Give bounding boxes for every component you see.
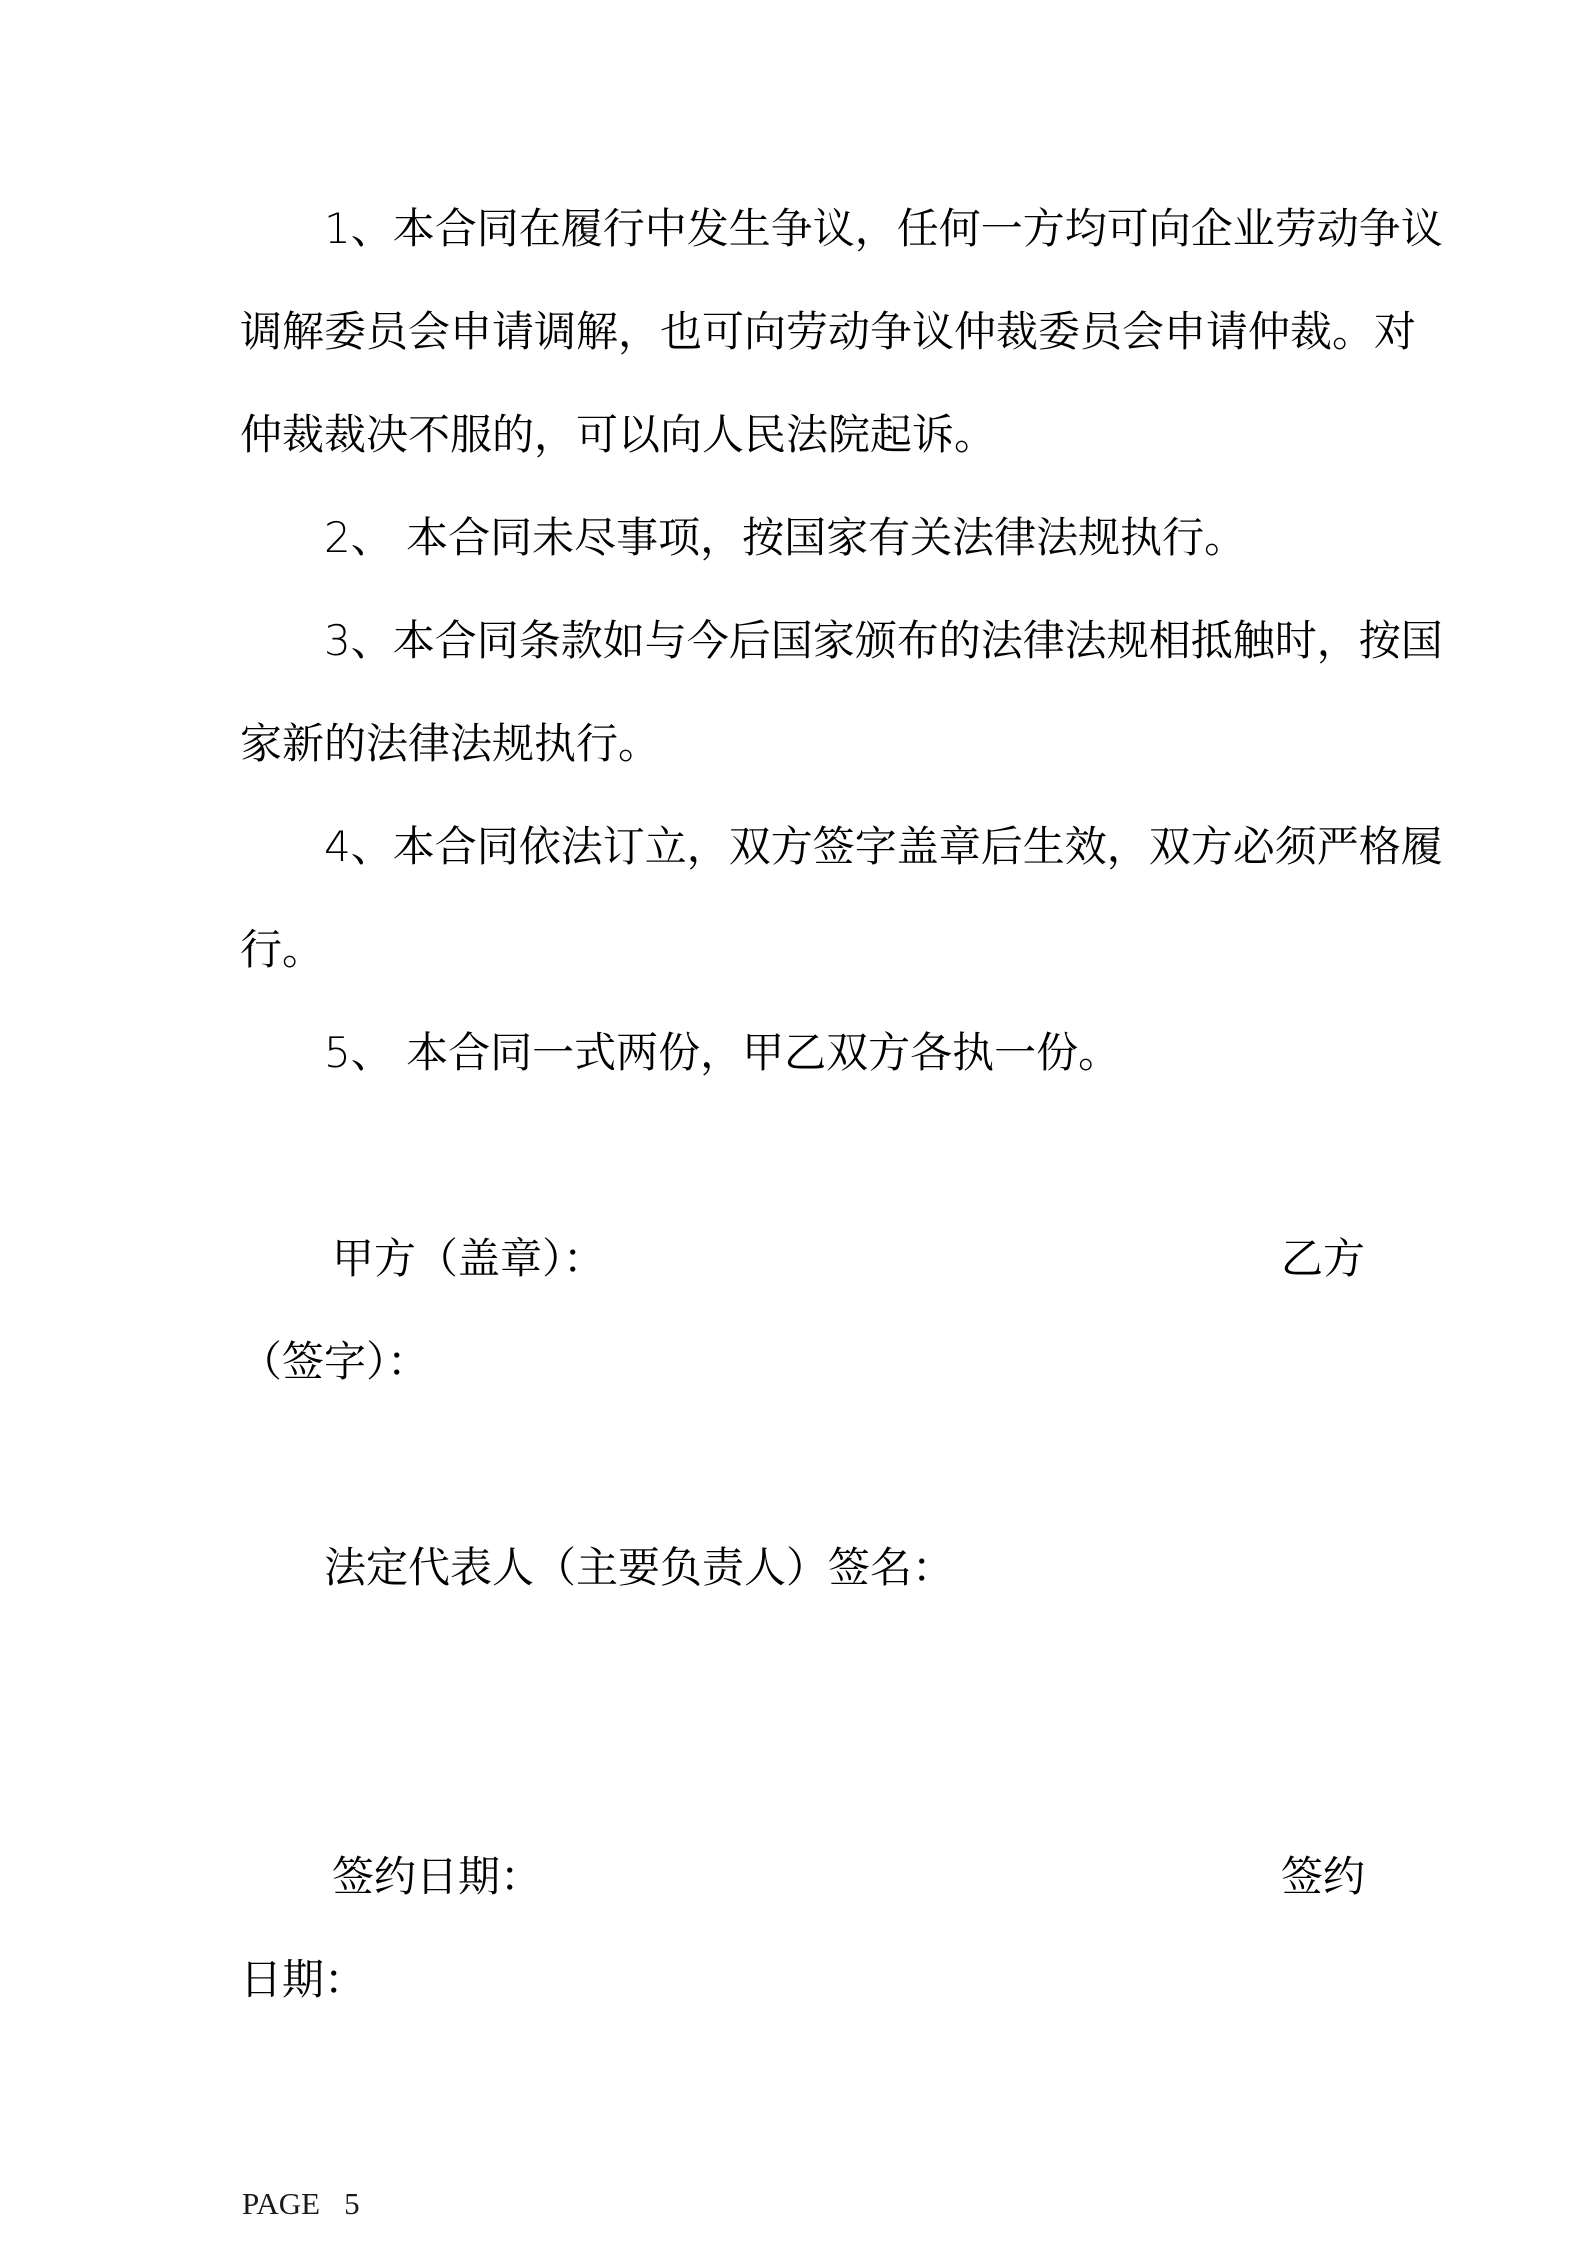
party-b-sign-label-line: （签字）：: [240, 1310, 1365, 1413]
contract-body: 1、本合同在履行中发生争议，任何一方均可向企业劳动争议调解委员会申请调解，也可向…: [240, 177, 1365, 2031]
blank-line: [240, 1104, 1365, 1207]
clause-4-line-2: 行。: [240, 898, 1365, 1001]
clause-1-line-2: 调解委员会申请调解，也可向劳动争议仲裁委员会申请仲裁。对: [240, 280, 1365, 383]
blank-line: [240, 1413, 1365, 1516]
clause-1-line-1: 1、本合同在履行中发生争议，任何一方均可向企业劳动争议: [240, 177, 1365, 280]
clause-3-line-1: 3、本合同条款如与今后国家颁布的法律法规相抵触时，按国: [240, 589, 1365, 692]
party-a-seal-label: 甲方（盖章）：: [240, 1207, 605, 1310]
blank-line: [240, 1619, 1365, 1722]
page-number: 5: [344, 2186, 360, 2222]
party-b-label: 乙方: [1281, 1207, 1365, 1310]
party-b-sign-date-label-part-1: 签约: [1281, 1825, 1365, 1928]
contract-page: 1、本合同在履行中发生争议，任何一方均可向企业劳动争议调解委员会申请调解，也可向…: [0, 0, 1587, 2244]
clause-4-line-1: 4、本合同依法订立，双方签字盖章后生效，双方必须严格履: [240, 795, 1365, 898]
sign-date-continuation-line: 日期：: [240, 1928, 1365, 2031]
blank-line: [240, 1722, 1365, 1825]
page-footer: PAGE 5: [242, 2186, 360, 2222]
page-footer-label: PAGE: [242, 2186, 320, 2222]
party-a-sign-date-label: 签约日期：: [240, 1825, 542, 1928]
clause-3-line-2: 家新的法律法规执行。: [240, 692, 1365, 795]
sign-date-line: 签约日期：签约: [240, 1825, 1365, 1928]
party-labels-line: 甲方（盖章）：乙方: [240, 1207, 1365, 1310]
clause-2-line: 2、 本合同未尽事项，按国家有关法律法规执行。: [240, 486, 1365, 589]
clause-5-line: 5、 本合同一式两份，甲乙双方各执一份。: [240, 1001, 1365, 1104]
legal-representative-sign-line: 法定代表人（主要负责人）签名：: [240, 1516, 1365, 1619]
clause-1-line-3: 仲裁裁决不服的，可以向人民法院起诉。: [240, 383, 1365, 486]
